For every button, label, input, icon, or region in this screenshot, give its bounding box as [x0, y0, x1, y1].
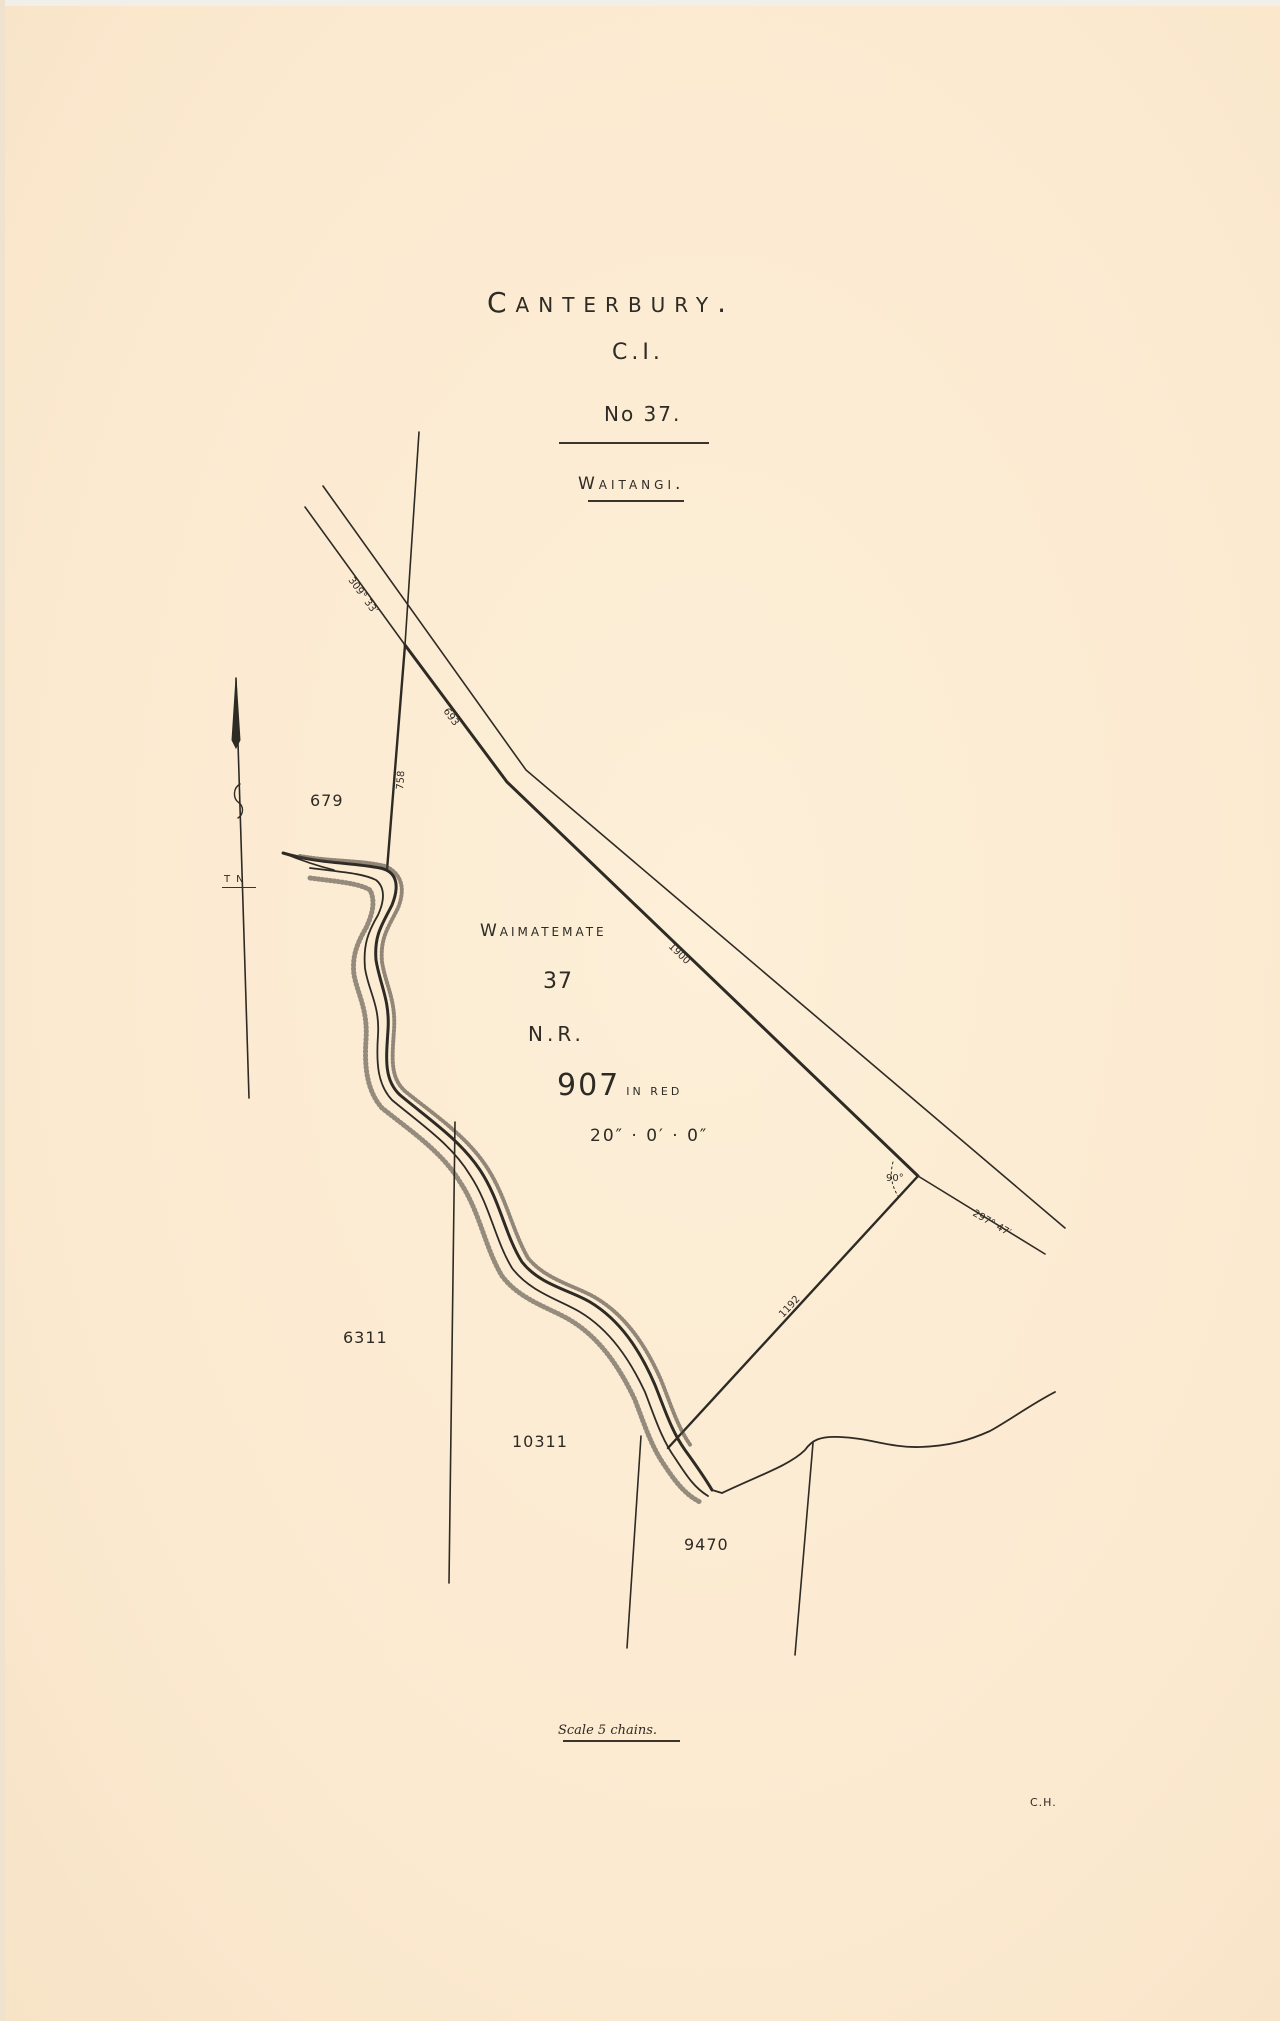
draftsman-initials: C.H. [1030, 1796, 1057, 1809]
survey-line-6311-10311 [449, 1122, 455, 1583]
stream-bank-inner [310, 868, 708, 1496]
stream-bank-outer [283, 853, 712, 1490]
red-number-value: 907 [557, 1068, 620, 1103]
road-frontage-lower-label: 1900 [666, 941, 692, 967]
red-number-note: IN RED [626, 1085, 682, 1098]
parcel-label-6311: 6311 [343, 1328, 388, 1347]
reserve-designation: N.R. [528, 1022, 585, 1046]
survey-line-north [405, 432, 419, 645]
district-code: C.I. [612, 340, 664, 365]
locality-underline [588, 500, 684, 502]
magnetic-north-mark [234, 784, 242, 818]
stream-hatching [310, 878, 700, 1502]
reserve-red-number: 907IN RED [557, 1068, 682, 1103]
road-upper-edge [323, 486, 1065, 1228]
road-frontage-upper-label: 693 [441, 706, 461, 728]
parcel-label-9470: 9470 [684, 1535, 729, 1554]
reserve-section-number: 37 [543, 969, 573, 994]
north-label: N [236, 874, 249, 885]
north-arrow-label: TN [224, 874, 250, 885]
parcel-label-679: 679 [310, 791, 344, 810]
survey-line-10311-9470 [627, 1436, 641, 1648]
scale-underline [563, 1740, 680, 1742]
parcel-label-10311: 10311 [512, 1432, 568, 1451]
reserve-area: 20″ · 0′ · 0″ [590, 1126, 708, 1146]
west-boundary-label: 758 [395, 770, 407, 790]
reserve-district-name: Waimatemate [480, 921, 607, 941]
stream-east [712, 1392, 1055, 1493]
bearing-bottom-label: 297° 47′ [971, 1208, 1014, 1239]
plan-number: No 37. [604, 402, 681, 426]
title-rule [559, 442, 709, 444]
survey-line-9470-east [795, 1443, 813, 1655]
locality-name: Waitangi. [578, 474, 684, 494]
true-label: T [224, 874, 236, 885]
map-title: Canterbury. [487, 286, 735, 319]
reserve-west-boundary [387, 645, 405, 870]
bearing-top-label: 309° 33′ [346, 575, 380, 616]
corner-angle-label: 90° [886, 1173, 904, 1184]
north-arrow-head [232, 678, 240, 748]
reserve-south-boundary [668, 1176, 918, 1448]
scale-note: Scale 5 chains. [558, 1723, 657, 1738]
north-arrow-label-rule [222, 887, 256, 888]
